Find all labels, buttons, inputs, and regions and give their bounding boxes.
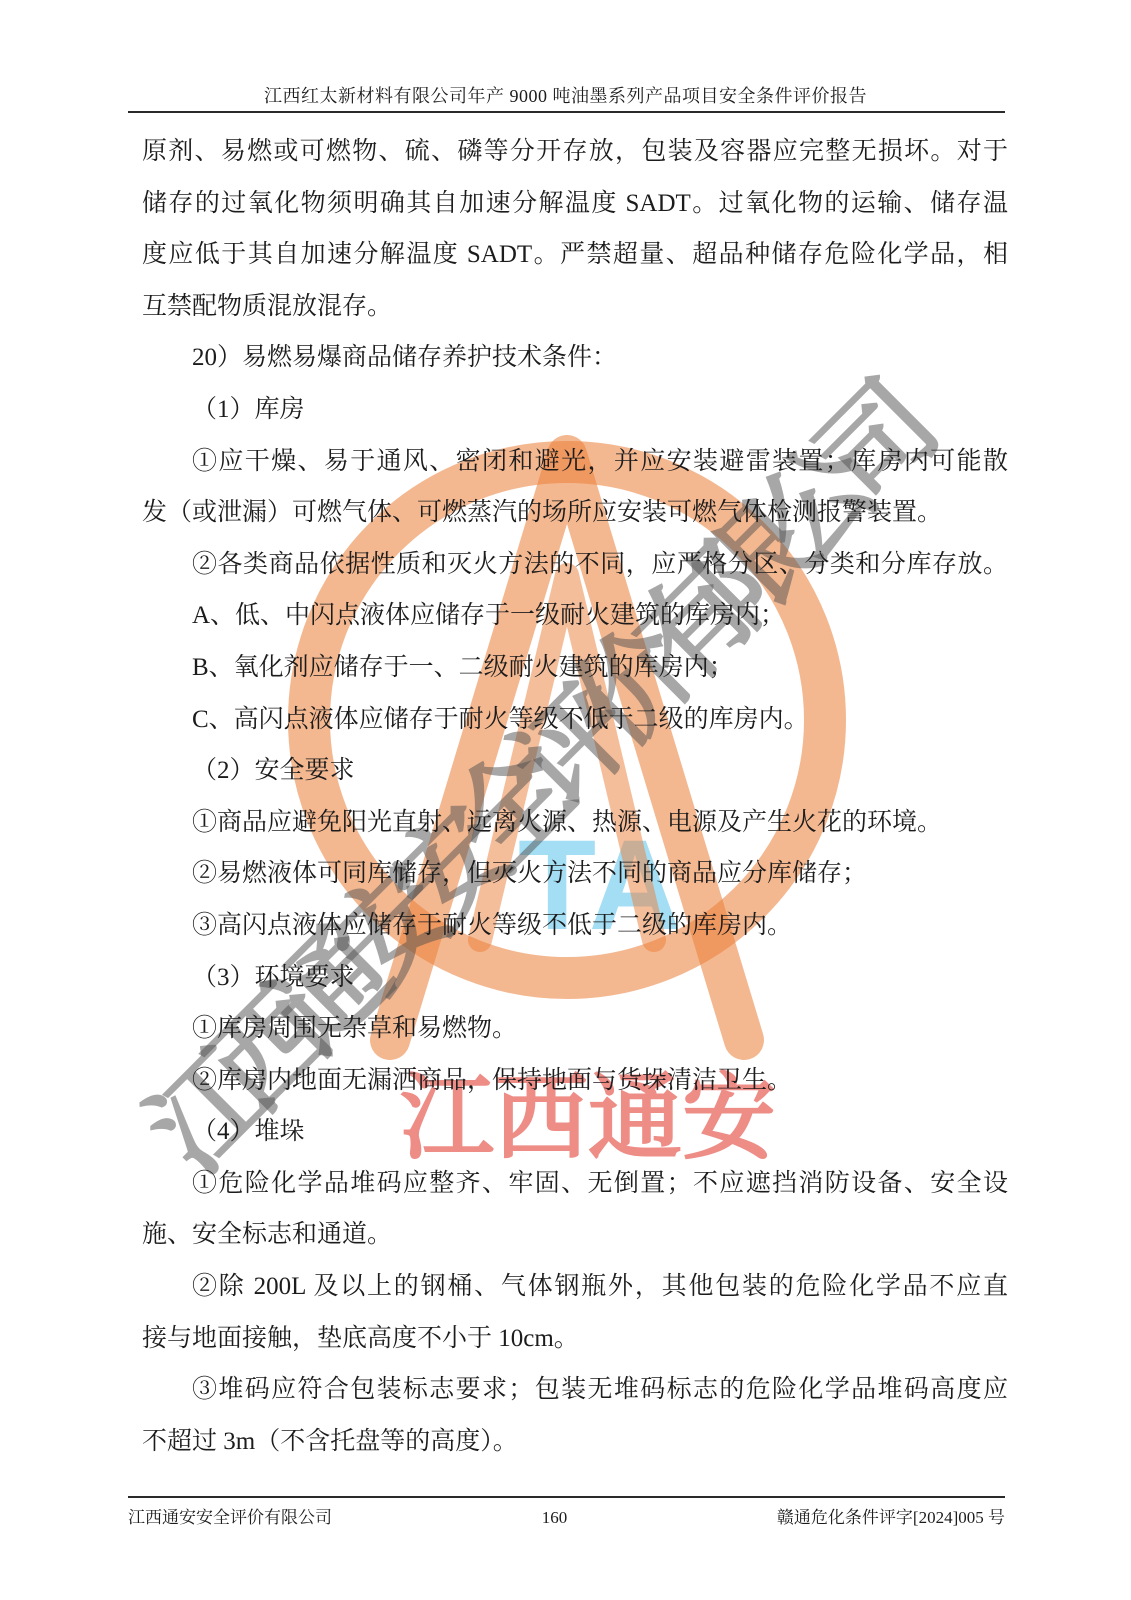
- footer-company: 江西通安安全评价有限公司: [128, 1503, 332, 1528]
- footer-doc-number: 赣通危化条件评字[2024]005 号: [777, 1503, 1005, 1528]
- text-line: （2）安全要求: [142, 745, 1008, 797]
- text-line: ①危险化学品堆码应整齐、牢固、无倒置；不应遮挡消防设备、安全设: [142, 1158, 1008, 1210]
- footer-divider: [128, 1496, 1005, 1498]
- text-line: 度应低于其自加速分解温度 SADT。严禁超量、超品种储存危险化学品，相: [142, 229, 1008, 281]
- text-line: ③高闪点液体应储存于耐火等级不低于二级的库房内。: [142, 900, 1008, 952]
- text-line: 互禁配物质混放混存。: [142, 281, 1008, 333]
- text-line: ②易燃液体可同库储存，但灭火方法不同的商品应分库储存；: [142, 848, 1008, 900]
- header-divider: [128, 111, 1005, 113]
- text-line: ①商品应避免阳光直射、远离火源、热源、电源及产生火花的环境。: [142, 797, 1008, 849]
- text-line: 20）易燃易爆商品储存养护技术条件：: [142, 332, 1008, 384]
- report-title: 江西红太新材料有限公司年产 9000 吨油墨系列产品项目安全条件评价报告: [0, 82, 1131, 108]
- body-text: 原剂、易燃或可燃物、硫、磷等分开存放，包装及容器应完整无损坏。对于 储存的过氧化…: [142, 126, 1008, 1467]
- text-line: ③堆码应符合包装标志要求；包装无堆码标志的危险化学品堆码高度应: [142, 1364, 1008, 1416]
- text-line: （3）环境要求: [142, 952, 1008, 1004]
- text-line: 不超过 3m（不含托盘等的高度）。: [142, 1416, 1008, 1468]
- text-line: B、氧化剂应储存于一、二级耐火建筑的库房内；: [142, 642, 1008, 694]
- text-line: ②除 200L 及以上的钢桶、气体钢瓶外，其他包装的危险化学品不应直: [142, 1261, 1008, 1313]
- text-line: 接与地面接触，垫底高度不小于 10cm。: [142, 1313, 1008, 1365]
- text-line: A、低、中闪点液体应储存于一级耐火建筑的库房内；: [142, 590, 1008, 642]
- text-line: 原剂、易燃或可燃物、硫、磷等分开存放，包装及容器应完整无损坏。对于: [142, 126, 1008, 178]
- text-line: （4）堆垛: [142, 1106, 1008, 1158]
- text-line: 施、安全标志和通道。: [142, 1209, 1008, 1261]
- text-line: 发（或泄漏）可燃气体、可燃蒸汽的场所应安装可燃气体检测报警装置。: [142, 487, 1008, 539]
- text-line: 储存的过氧化物须明确其自加速分解温度 SADT。过氧化物的运输、储存温: [142, 178, 1008, 230]
- text-line: ①库房周围无杂草和易燃物。: [142, 1003, 1008, 1055]
- document-page: TA 江西通安安全评价有限公司 江西通安 江西红太新材料有限公司年产 9000 …: [0, 0, 1131, 1600]
- text-line: （1）库房: [142, 384, 1008, 436]
- text-line: ②库房内地面无漏洒商品，保持地面与货垛清洁卫生。: [142, 1055, 1008, 1107]
- text-line: C、高闪点液体应储存于耐火等级不低于二级的库房内。: [142, 694, 1008, 746]
- text-line: ①应干燥、易于通风、密闭和避光，并应安装避雷装置；库房内可能散: [142, 436, 1008, 488]
- text-line: ②各类商品依据性质和灭火方法的不同，应严格分区、分类和分库存放。: [142, 539, 1008, 591]
- page-footer: 江西通安安全评价有限公司 160 赣通危化条件评字[2024]005 号: [128, 1503, 1005, 1528]
- footer-page-number: 160: [542, 1508, 568, 1528]
